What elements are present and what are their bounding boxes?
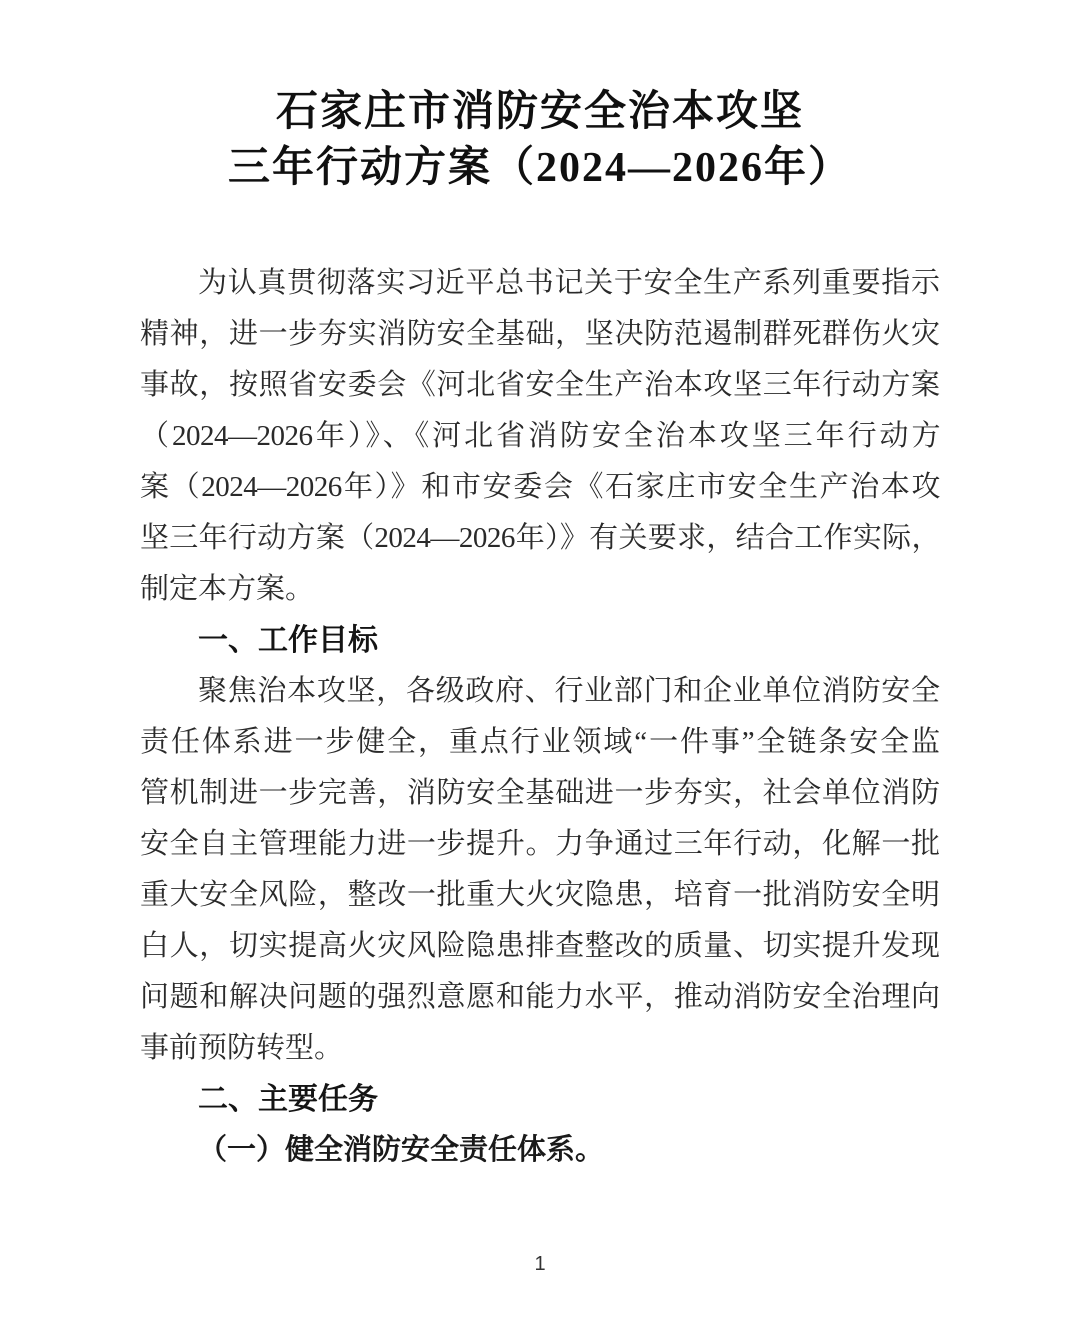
paragraph-1-line: 坚三年行动方案（2024—2026年）》有关要求，结合工作实际， <box>140 513 940 564</box>
paragraph-2-line: 聚焦治本攻坚，各级政府、行业部门和企业单位消防安全 <box>140 666 940 717</box>
paragraph-2-line: 事前预防转型。 <box>140 1023 940 1074</box>
paragraph-1-line: 事故，按照省安委会《河北省安全生产治本攻坚三年行动方案 <box>140 360 940 411</box>
paragraph-2-line: 白人，切实提高火灾风险隐患排查整改的质量、切实提升发现 <box>140 921 940 972</box>
section-heading-main-tasks: 二、主要任务 <box>140 1074 940 1125</box>
page-number: 1 <box>0 1253 1080 1276</box>
section-heading-work-goals: 一、工作目标 <box>140 615 940 666</box>
scanned-document-page: 石家庄市消防安全治本攻坚 三年行动方案（2024—2026年） 为认真贯彻落实习… <box>0 0 1080 1338</box>
paragraph-1-line: 为认真贯彻落实习近平总书记关于安全生产系列重要指示 <box>140 258 940 309</box>
paragraph-1-line: 精神，进一步夯实消防安全基础，坚决防范遏制群死群伤火灾 <box>140 309 940 360</box>
paragraph-1-line: 制定本方案。 <box>140 564 940 615</box>
paragraph-2-line: 管机制进一步完善，消防安全基础进一步夯实，社会单位消防 <box>140 768 940 819</box>
paragraph-2-line: 重大安全风险，整改一批重大火灾隐患，培育一批消防安全明 <box>140 870 940 921</box>
document-title-line-2: 三年行动方案（2024—2026年） <box>140 140 940 196</box>
paragraph-1-line: （2024—2026年）》、《河北省消防安全治本攻坚三年行动方 <box>140 411 940 462</box>
paragraph-2-line: 安全自主管理能力进一步提升。力争通过三年行动，化解一批 <box>140 819 940 870</box>
document-title-line-1: 石家庄市消防安全治本攻坚 <box>140 84 940 140</box>
paragraph-2-line: 问题和解决问题的强烈意愿和能力水平，推动消防安全治理向 <box>140 972 940 1023</box>
document-body: 为认真贯彻落实习近平总书记关于安全生产系列重要指示 精神，进一步夯实消防安全基础… <box>140 258 940 1176</box>
subsection-heading-responsibility-system: （一）健全消防安全责任体系。 <box>140 1125 940 1176</box>
paragraph-2-line: 责任体系进一步健全，重点行业领域“一件事”全链条安全监 <box>140 717 940 768</box>
document-title: 石家庄市消防安全治本攻坚 三年行动方案（2024—2026年） <box>140 84 940 196</box>
paragraph-1-line: 案（2024—2026年）》和市安委会《石家庄市安全生产治本攻 <box>140 462 940 513</box>
